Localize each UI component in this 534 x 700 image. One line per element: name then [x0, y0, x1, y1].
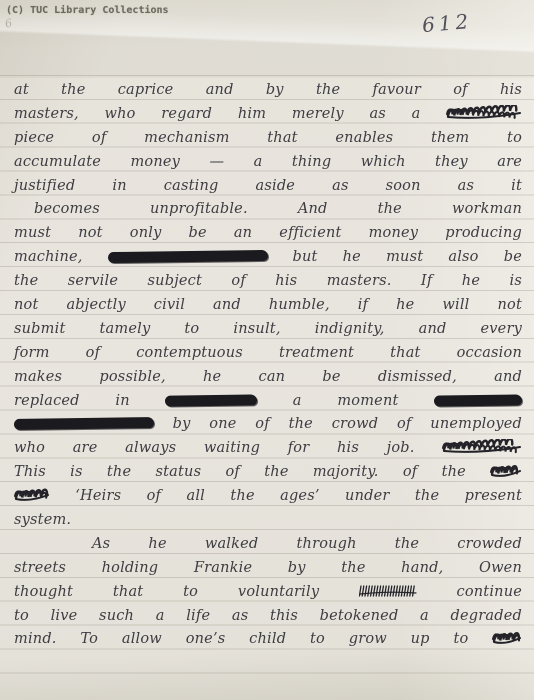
- handwritten-text: at the caprice and by the favour of his: [14, 82, 522, 98]
- manuscript-line: to live such a life as this betokened a …: [14, 605, 522, 629]
- manuscript-line: the servile subject of his masters. If h…: [14, 270, 522, 294]
- handwritten-text: ‘Heirs of all the ages’ under the presen…: [75, 488, 522, 504]
- manuscript-line: by one of the crowd of unemployed: [14, 413, 522, 437]
- ink-redaction-bar: [107, 250, 267, 263]
- manuscript-line: accumulate money — a thing which they ar…: [14, 151, 522, 175]
- manuscript-line: streets holding Frankie by the hand, Owe…: [14, 557, 522, 581]
- loop-scribble-mark: [490, 463, 522, 479]
- handwritten-text: to live such a life as this betokened a …: [14, 608, 522, 624]
- manuscript-line: not abjectly civil and humble, if he wil…: [14, 294, 522, 318]
- handwritten-text: thought that to voluntarily: [14, 584, 319, 600]
- ink-redaction-bar: [14, 417, 154, 430]
- handwritten-text: makes possible, he can be dismissed, and: [14, 369, 522, 385]
- handwritten-text: As he walked through the crowded: [92, 536, 522, 552]
- handwritten-text: This is the status of the majority. of t…: [14, 464, 466, 480]
- handwritten-text: but he must also be: [292, 249, 522, 265]
- manuscript-line: As he walked through the crowded: [14, 533, 522, 557]
- handwritten-text: by one of the crowd of unemployed: [173, 416, 522, 432]
- manuscript-line: This is the status of the majority. of t…: [14, 461, 522, 485]
- manuscript-line: ‘Heirs of all the ages’ under the presen…: [14, 485, 522, 509]
- handwritten-text: justified in casting aside as soon as it: [14, 178, 522, 194]
- handwritten-text: the servile subject of his masters. If h…: [14, 273, 522, 289]
- handwritten-text: accumulate money — a thing which they ar…: [14, 154, 522, 170]
- manuscript-body: at the caprice and by the favour of hism…: [14, 79, 522, 652]
- page-number: 612: [421, 9, 473, 37]
- manuscript-line: makes possible, he can be dismissed, and: [14, 366, 522, 390]
- handwritten-text: becomes unprofitable. And the workman: [34, 201, 522, 217]
- manuscript-line: masters, who regard him merely as a: [14, 103, 522, 127]
- handwritten-text: replaced in: [14, 393, 130, 409]
- loop-scribble-mark: [442, 439, 522, 455]
- manuscript-line: thought that to voluntarily continue: [14, 581, 522, 605]
- handwritten-text: must not only be an efficient money prod…: [14, 225, 522, 241]
- manuscript-line: piece of mechanism that enables them to: [14, 127, 522, 151]
- handwritten-text: who are always waiting for his job.: [14, 440, 415, 456]
- handwritten-text: masters, who regard him merely as a: [14, 106, 421, 122]
- handwritten-text: machine,: [14, 249, 83, 265]
- handwritten-text: system.: [14, 512, 71, 528]
- ink-redaction-bar: [434, 394, 522, 406]
- handwritten-text: mind. To allow one’s child to grow up to: [14, 631, 468, 647]
- loop-scribble-mark: [492, 630, 522, 646]
- handwritten-text: submit tamely to insult, indignity, and …: [14, 321, 522, 337]
- manuscript-line: mind. To allow one’s child to grow up to: [14, 628, 522, 652]
- manuscript-line: form of contemptuous treatment that occa…: [14, 342, 522, 366]
- manuscript-line: becomes unprofitable. And the workman: [14, 198, 522, 222]
- manuscript-line: must not only be an efficient money prod…: [14, 222, 522, 246]
- manuscript-line: system.: [14, 509, 522, 533]
- loop-scribble-mark: [446, 105, 522, 121]
- corner-pencil-mark: 6: [4, 16, 14, 30]
- ink-redaction-bar: [165, 394, 257, 406]
- handwritten-text: continue: [457, 584, 523, 600]
- library-watermark: (C) TUC Library Collections: [6, 5, 169, 16]
- manuscript-line: justified in casting aside as soon as it: [14, 175, 522, 199]
- manuscript-line: who are always waiting for his job.: [14, 437, 522, 461]
- handwritten-text: form of contemptuous treatment that occa…: [14, 345, 522, 361]
- manuscript-line: machine, but he must also be: [14, 246, 522, 270]
- manuscript-line: at the caprice and by the favour of his: [14, 79, 522, 103]
- hatched-strikeout-mark: [359, 583, 417, 599]
- handwritten-text: not abjectly civil and humble, if he wil…: [14, 297, 522, 313]
- handwritten-text: streets holding Frankie by the hand, Owe…: [14, 560, 522, 576]
- manuscript-line: replaced in a moment: [14, 390, 522, 414]
- loop-scribble-mark: [14, 487, 50, 503]
- manuscript-line: submit tamely to insult, indignity, and …: [14, 318, 522, 342]
- handwritten-text: a moment: [293, 393, 399, 409]
- manuscript-page: (C) TUC Library Collections 6 612 at the…: [0, 0, 534, 700]
- handwritten-text: piece of mechanism that enables them to: [14, 130, 522, 146]
